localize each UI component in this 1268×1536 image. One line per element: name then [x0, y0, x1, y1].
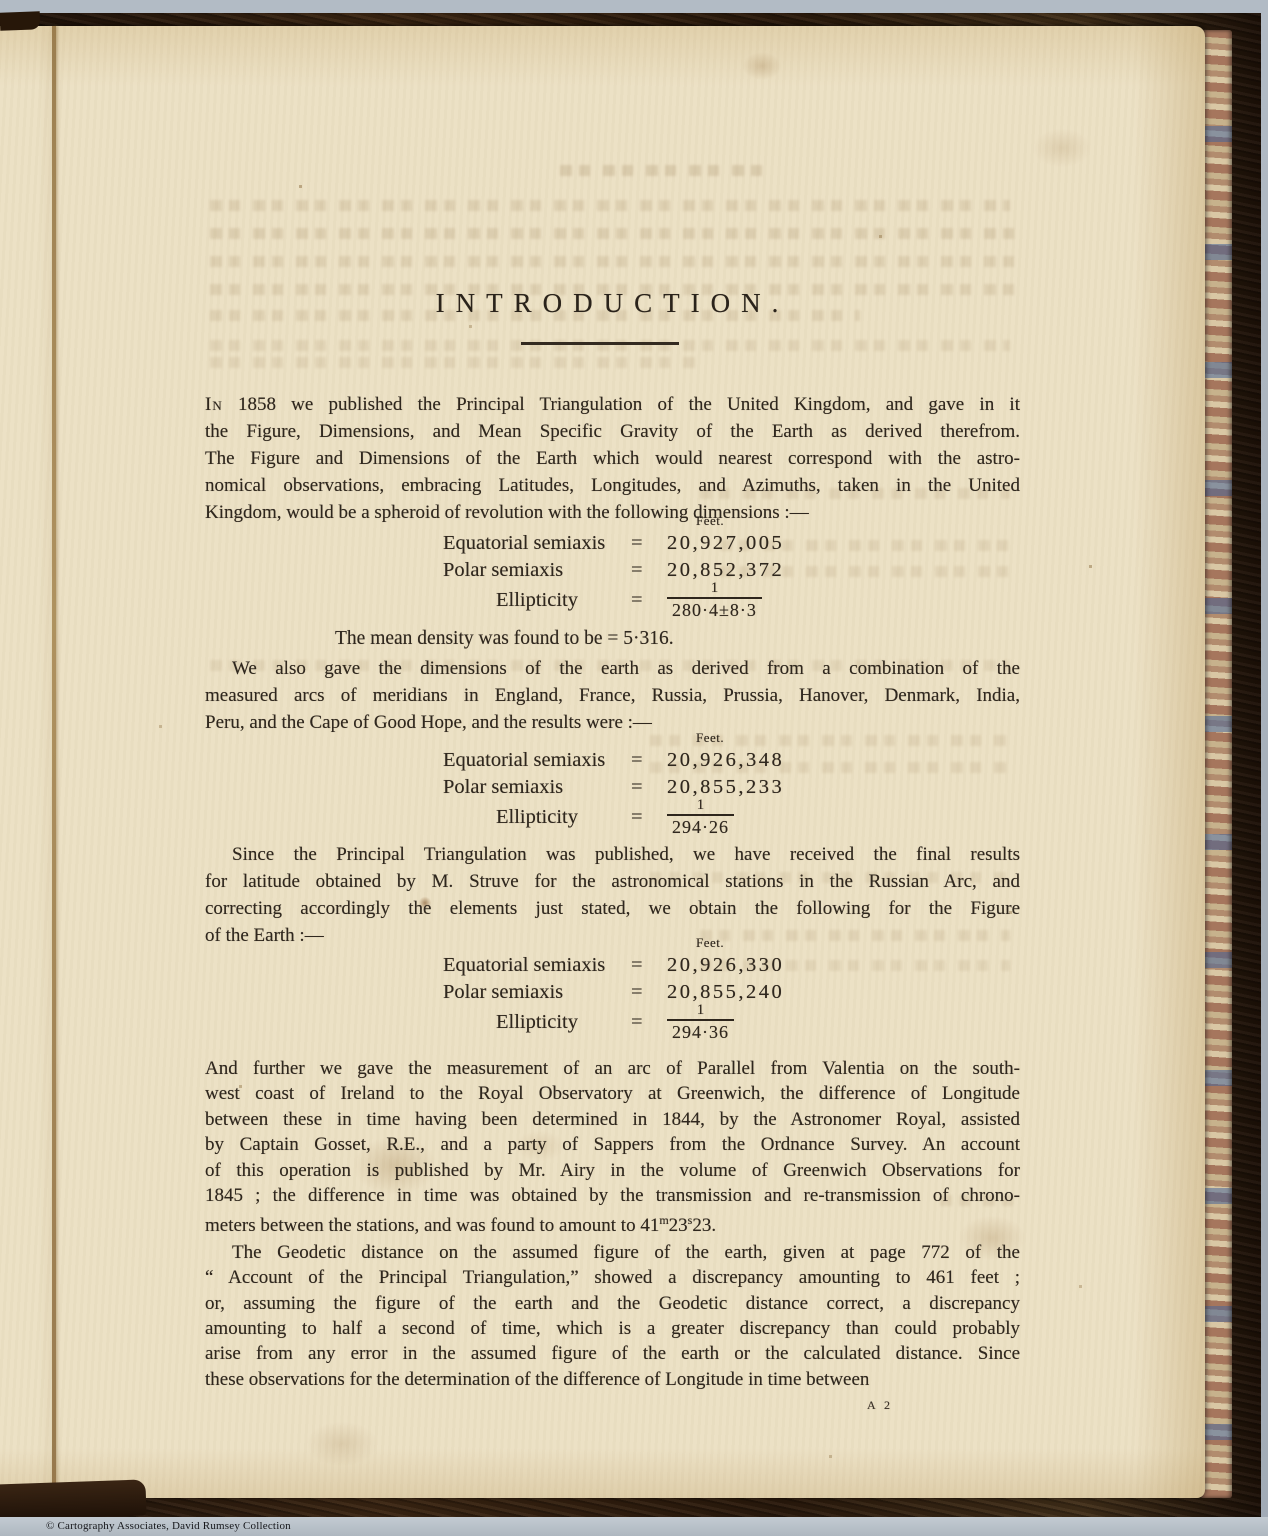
equals-sign: =	[631, 530, 667, 557]
equals-sign: =	[631, 587, 667, 614]
equation-label: Ellipticity	[443, 1009, 631, 1036]
equation-label: Equatorial semiaxis	[443, 952, 631, 979]
equation-value: 20,926,330	[667, 952, 784, 979]
paragraph-line: these observations for the determination…	[205, 1367, 1020, 1392]
unit-label: Feet.	[696, 731, 1020, 745]
equation-value: 20,926,348	[667, 747, 784, 774]
paragraph-line: In 1858 we published the Principal Trian…	[205, 391, 1020, 418]
paragraph-line: The Geodetic distance on the assumed fig…	[205, 1240, 1020, 1265]
paragraph-line: of this operation is published by Mr. Ai…	[205, 1158, 1020, 1183]
text-run: 23	[669, 1215, 688, 1236]
equation-row: Equatorial semiaxis=20,927,005	[443, 530, 1020, 557]
paragraph-line: correcting accordingly the elements just…	[205, 895, 1020, 922]
paragraph-line: for latitude obtained by M. Struve for t…	[205, 868, 1020, 895]
equation-row: Ellipticity=1294·36	[443, 1001, 1020, 1043]
text-run: 23.	[692, 1215, 716, 1236]
equals-sign: =	[631, 1009, 667, 1036]
equals-sign: =	[631, 952, 667, 979]
photo-frame-bottom-strip: © Cartography Associates, David Rumsey C…	[0, 1517, 1268, 1536]
paragraph-line: or, assuming the figure of the earth and…	[205, 1291, 1020, 1316]
equals-sign: =	[631, 557, 667, 584]
paragraph-line: nomical observations, embracing Latitude…	[205, 472, 1020, 499]
fraction-denominator: 294·26	[667, 814, 734, 837]
text-run: In	[205, 394, 223, 415]
paragraph-line: 1845 ; the difference in time was obtain…	[205, 1183, 1020, 1208]
paragraph-line: by Captain Gosset, R.E., and a party of …	[205, 1132, 1020, 1157]
paragraph-line: Since the Principal Triangulation was pu…	[205, 841, 1020, 868]
equation-row: Ellipticity=1280·4±8·3	[443, 579, 1020, 621]
equation-block: Feet.Equatorial semiaxis=20,926,348Polar…	[443, 731, 1020, 838]
leather-corner-bottom-left	[0, 1479, 147, 1520]
fraction-denominator: 280·4±8·3	[667, 597, 762, 620]
text-run: meters between the stations, and was fou…	[205, 1215, 659, 1236]
paragraph-line: And further we gave the measurement of a…	[205, 1056, 1020, 1081]
mean-density-line: The mean density was found to be = 5·316…	[335, 626, 1020, 652]
equation-block: Feet.Equatorial semiaxis=20,927,005Polar…	[443, 514, 1020, 621]
fraction-numerator: 1	[689, 1002, 713, 1020]
fraction-value: 1294·36	[667, 1002, 734, 1043]
equation-label: Polar semiaxis	[443, 557, 631, 584]
paragraph-line: amounting to half a second of time, whic…	[205, 1316, 1020, 1341]
fraction-value: 1280·4±8·3	[667, 580, 762, 621]
paragraph-line: We also gave the dimensions of the earth…	[205, 655, 1020, 682]
paragraph: And further we gave the measurement of a…	[205, 1056, 1020, 1239]
page-content: INTRODUCTION. In 1858 we published the P…	[205, 26, 1020, 1413]
paragraph: Since the Principal Triangulation was pu…	[205, 841, 1020, 949]
paragraph: The Geodetic distance on the assumed fig…	[205, 1240, 1020, 1392]
equals-sign: =	[631, 747, 667, 774]
superscript-run: m	[659, 1213, 668, 1227]
equation-label: Ellipticity	[443, 587, 631, 614]
equation-block: Feet.Equatorial semiaxis=20,926,330Polar…	[443, 936, 1020, 1043]
paragraph-line: meters between the stations, and was fou…	[205, 1208, 1020, 1238]
equation-label: Equatorial semiaxis	[443, 747, 631, 774]
paragraph-line: measured arcs of meridians in England, F…	[205, 682, 1020, 709]
equation-label: Polar semiaxis	[443, 774, 631, 801]
paragraph-line: between these in time having been determ…	[205, 1107, 1020, 1132]
text-run: 1858 we published the Principal Triangul…	[223, 394, 1020, 415]
leather-corner-top-left	[0, 11, 40, 30]
paragraph-line: arise from any error in the assumed figu…	[205, 1341, 1020, 1366]
equals-sign: =	[631, 979, 667, 1006]
fraction-denominator: 294·36	[667, 1019, 734, 1042]
foxing-specks	[0, 26, 1, 27]
collection-credit: © Cartography Associates, David Rumsey C…	[46, 1520, 291, 1532]
signature-mark: A 2	[867, 1398, 1020, 1413]
paragraph: We also gave the dimensions of the earth…	[205, 655, 1020, 736]
unit-label: Feet.	[696, 936, 1020, 950]
fraction-numerator: 1	[703, 580, 727, 598]
fraction-numerator: 1	[689, 797, 713, 815]
paragraph-line: The Figure and Dimensions of the Earth w…	[205, 445, 1020, 472]
equals-sign: =	[631, 774, 667, 801]
equation-row: Equatorial semiaxis=20,926,330	[443, 952, 1020, 979]
paragraph-line: the Figure, Dimensions, and Mean Specifi…	[205, 418, 1020, 445]
equals-sign: =	[631, 804, 667, 831]
scanned-book-photo: INTRODUCTION. In 1858 we published the P…	[0, 0, 1268, 1536]
page-content-flow: In 1858 we published the Principal Trian…	[205, 391, 1020, 1392]
title-rule	[521, 342, 679, 345]
page-title: INTRODUCTION.	[205, 286, 1020, 320]
equation-row: Ellipticity=1294·26	[443, 796, 1020, 838]
equation-value: 20,927,005	[667, 530, 784, 557]
paragraph-line: west coast of Ireland to the Royal Obser…	[205, 1081, 1020, 1106]
paragraph-line: “ Account of the Principal Triangulation…	[205, 1265, 1020, 1290]
page-gutter-crease	[52, 26, 56, 1498]
book-page: INTRODUCTION. In 1858 we published the P…	[0, 26, 1205, 1498]
equation-label: Ellipticity	[443, 804, 631, 831]
fraction-value: 1294·26	[667, 797, 734, 838]
equation-label: Polar semiaxis	[443, 979, 631, 1006]
equation-row: Equatorial semiaxis=20,926,348	[443, 747, 1020, 774]
equation-label: Equatorial semiaxis	[443, 530, 631, 557]
paragraph: In 1858 we published the Principal Trian…	[205, 391, 1020, 526]
